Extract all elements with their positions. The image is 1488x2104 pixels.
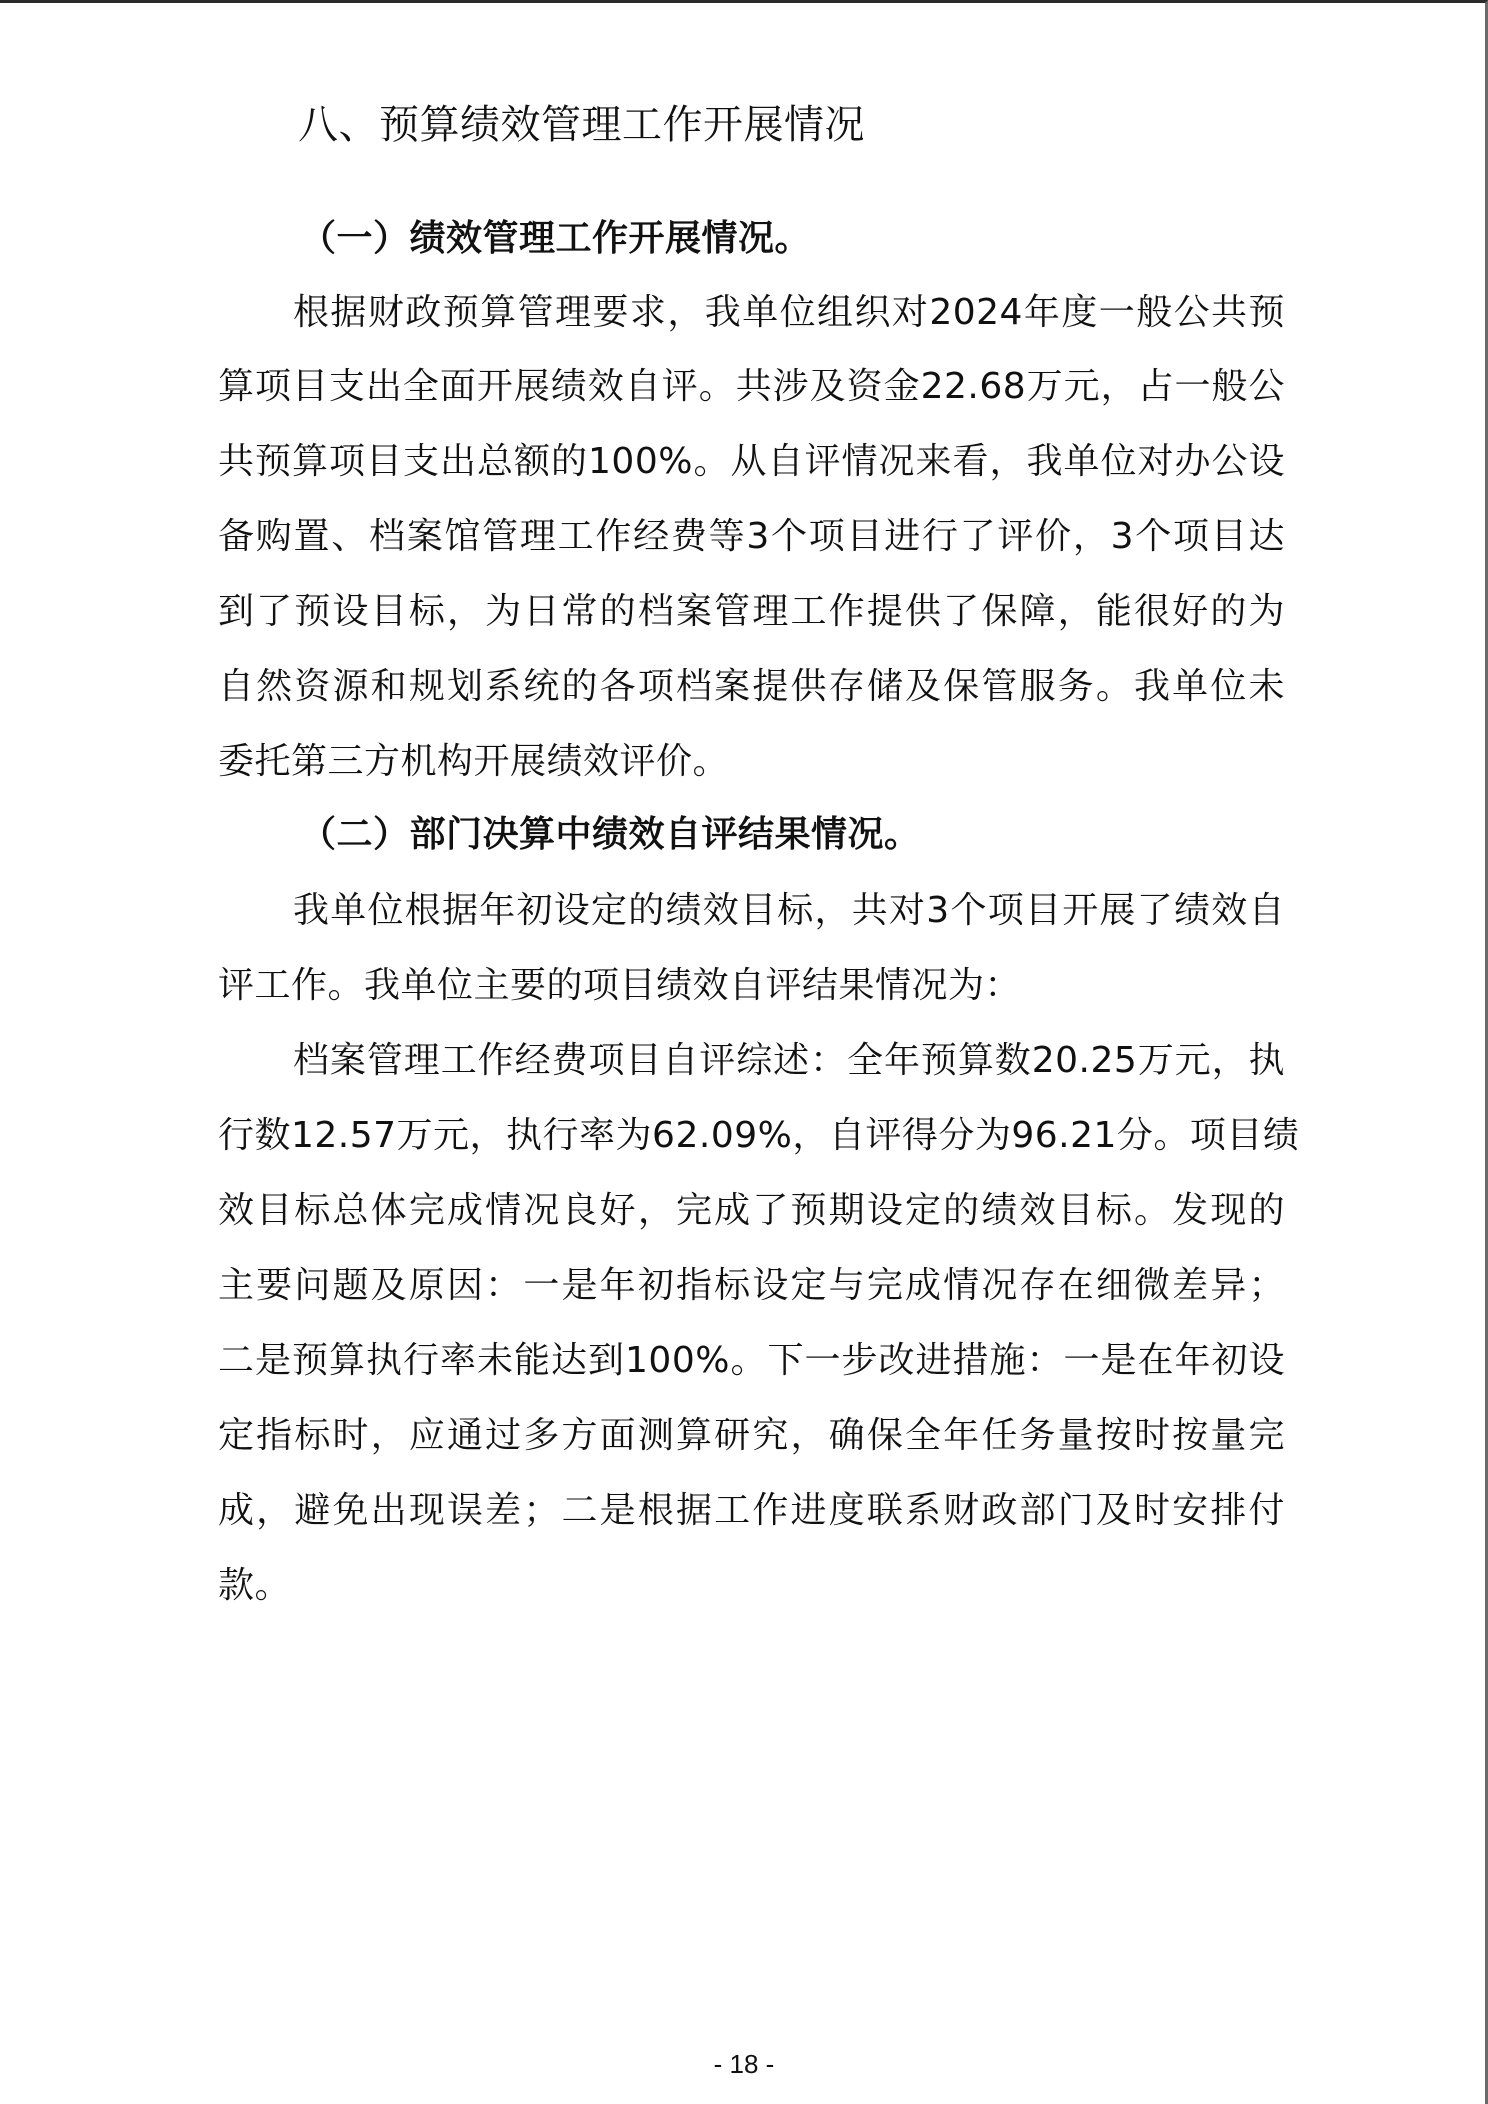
subsection-heading-1: （一）绩效管理工作开展情况。 xyxy=(300,219,811,259)
paragraph-line: 评工作。我单位主要的项目绩效自评结果情况为： xyxy=(218,966,1285,1006)
paragraph-line: 成，避免出现误差；二是根据工作进度联系财政部门及时安排付 xyxy=(218,1491,1285,1531)
paragraph-line: 款。 xyxy=(218,1566,1285,1606)
document-page: 八、预算绩效管理工作开展情况 （一）绩效管理工作开展情况。 根据财政预算管理要求… xyxy=(0,0,1488,2104)
paragraph-line: 委托第三方机构开展绩效评价。 xyxy=(218,742,1285,782)
paragraph-line: 档案管理工作经费项目自评综述：全年预算数20.25万元，执 xyxy=(293,1041,1285,1081)
paragraph-line: 二是预算执行率未能达到100%。下一步改进措施：一是在年初设 xyxy=(218,1341,1285,1381)
section-title: 八、预算绩效管理工作开展情况 xyxy=(298,103,865,147)
subsection-heading-2: （二）部门决算中绩效自评结果情况。 xyxy=(300,815,921,855)
paragraph-line: 根据财政预算管理要求，我单位组织对2024年度一般公共预 xyxy=(293,293,1285,333)
paragraph-line: 共预算项目支出总额的100%。从自评情况来看，我单位对办公设 xyxy=(218,442,1285,482)
paragraph-line: 定指标时，应通过多方面测算研究，确保全年任务量按时按量完 xyxy=(218,1416,1285,1456)
paragraph-line: 我单位根据年初设定的绩效目标，共对3个项目开展了绩效自 xyxy=(293,891,1285,931)
paragraph-line: 备购置、档案馆管理工作经费等3个项目进行了评价，3个项目达 xyxy=(218,517,1285,557)
paragraph-line: 自然资源和规划系统的各项档案提供存储及保管服务。我单位未 xyxy=(218,667,1285,707)
paragraph-line: 算项目支出全面开展绩效自评。共涉及资金22.68万元，占一般公 xyxy=(218,367,1285,407)
paragraph-line: 效目标总体完成情况良好，完成了预期设定的绩效目标。发现的 xyxy=(218,1191,1285,1231)
page-number: - 18 - xyxy=(0,2049,1488,2079)
paragraph-line: 行数12.57万元，执行率为62.09%，自评得分为96.21分。项目绩 xyxy=(218,1116,1285,1156)
paragraph-line: 到了预设目标，为日常的档案管理工作提供了保障，能很好的为 xyxy=(218,592,1285,632)
paragraph-line: 主要问题及原因：一是年初指标设定与完成情况存在细微差异； xyxy=(218,1266,1285,1306)
